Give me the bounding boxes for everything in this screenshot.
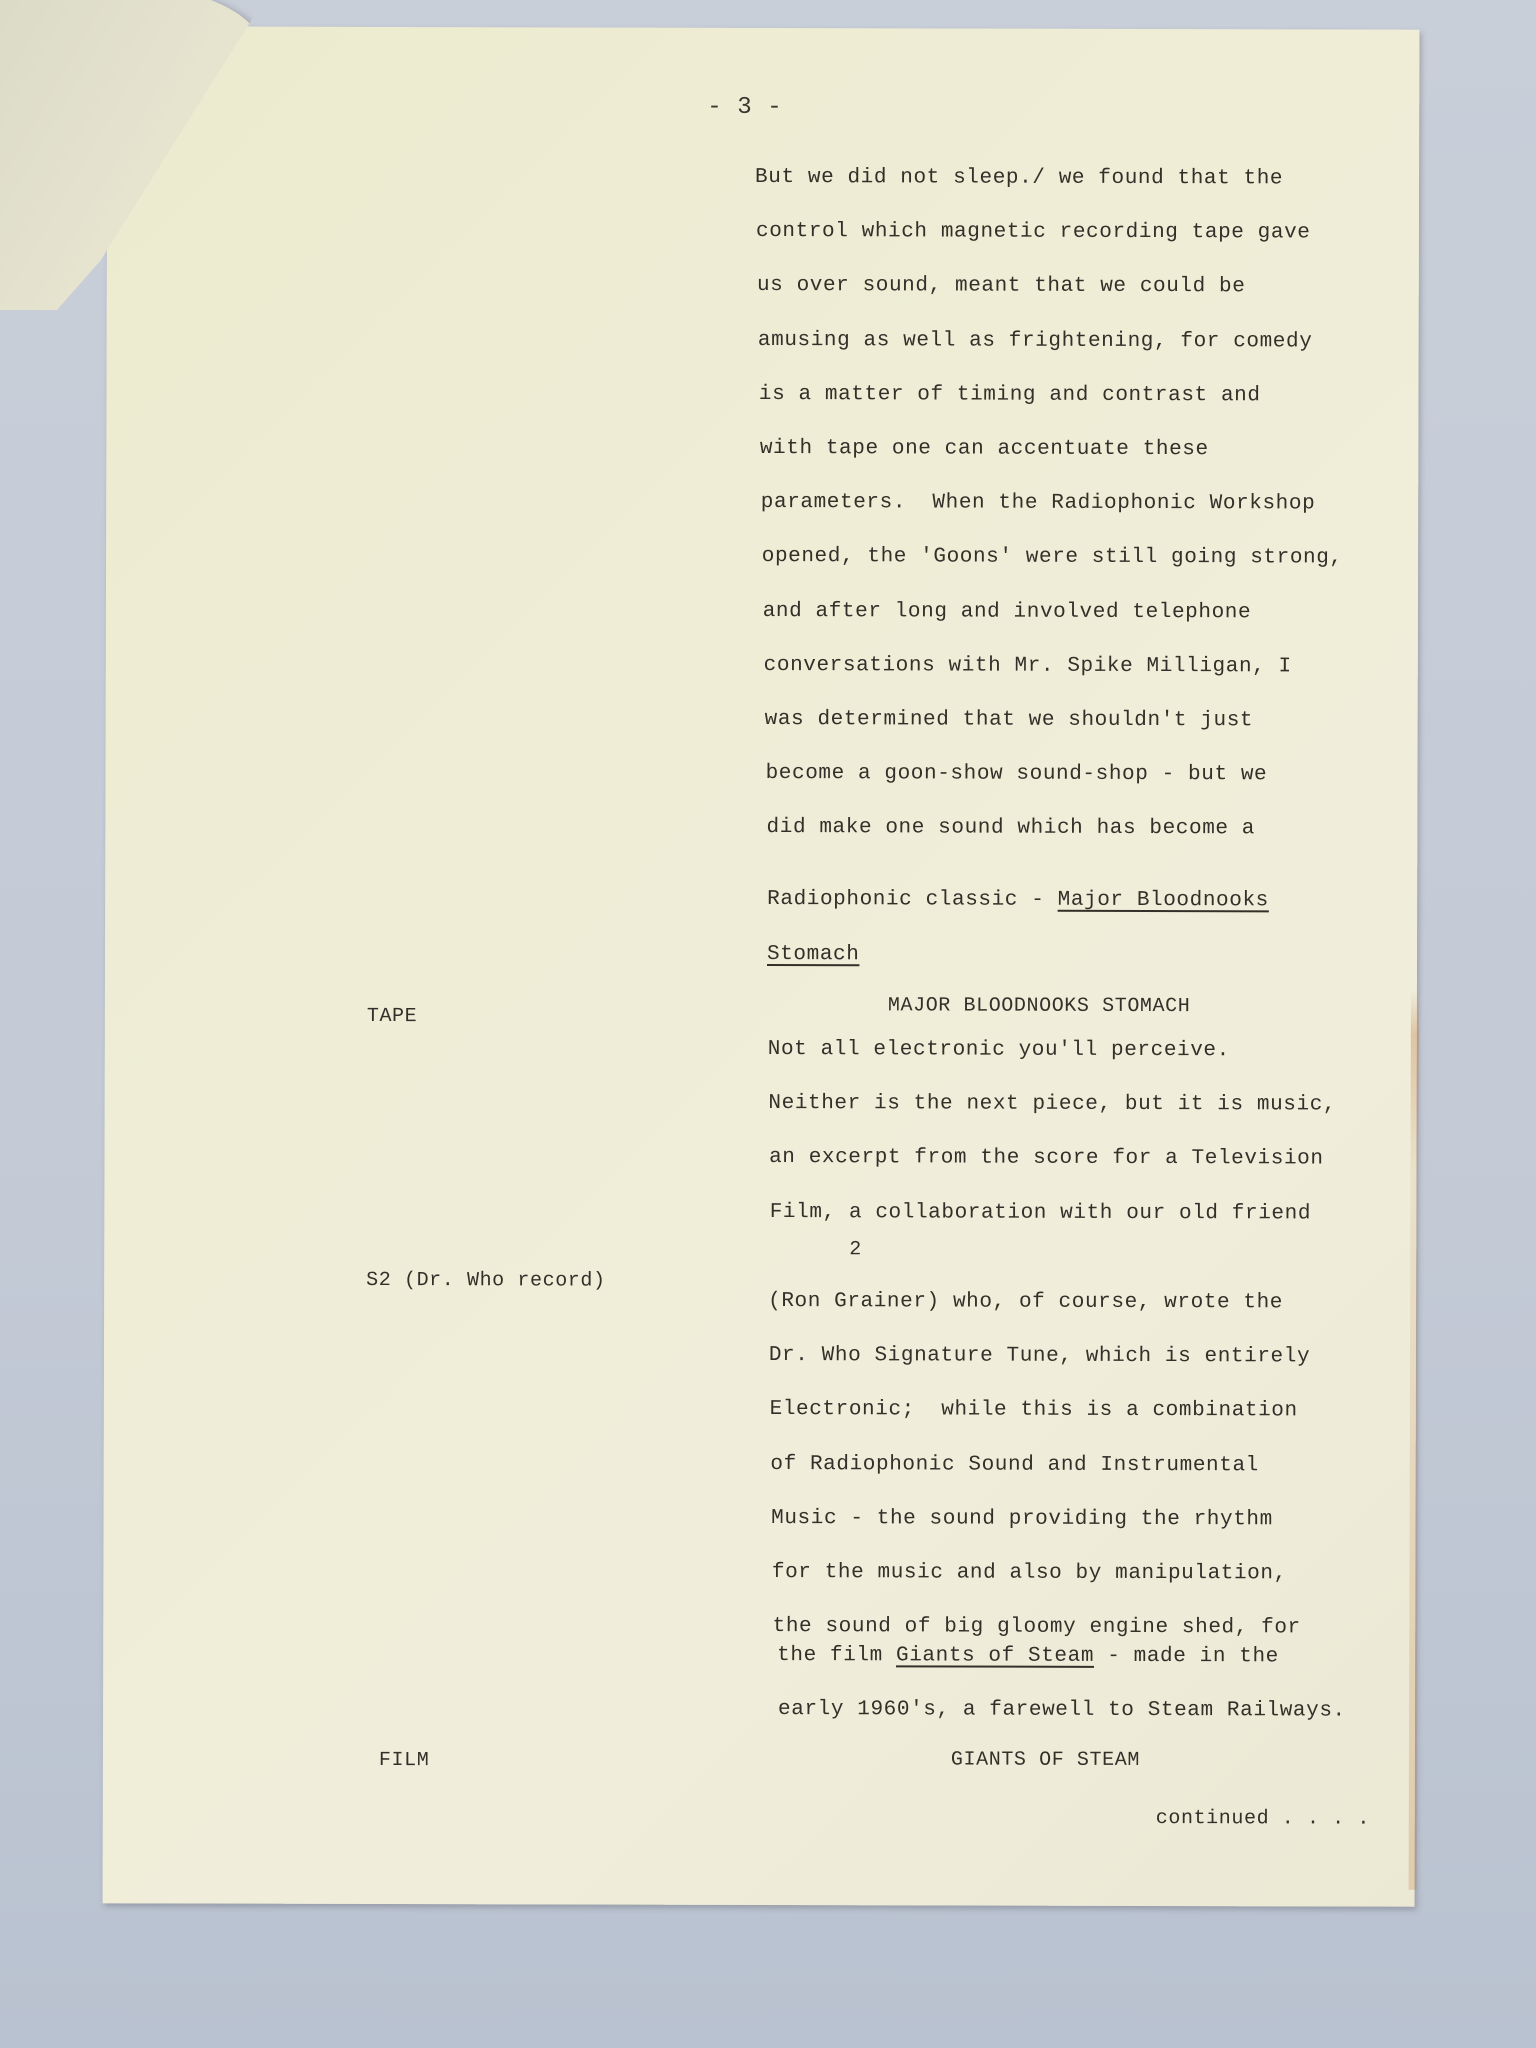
heading-major-bloodnooks-stomach: MAJOR BLOODNOOKS STOMACH — [888, 994, 1191, 1018]
body-line: (Ron Grainer) who, of course, wrote the — [768, 1290, 1283, 1314]
last-body-line: early 1960's, a farewell to Steam Railwa… — [778, 1698, 1346, 1722]
body-line: is a matter of timing and contrast and — [759, 383, 1261, 407]
film-line: the film Giants of Steam - made in the — [777, 1644, 1279, 1668]
body-line: did make one sound which has become a — [767, 816, 1256, 840]
body-line: and after long and involved telephone — [763, 600, 1252, 624]
heading-giants-of-steam: GIANTS OF STEAM — [951, 1749, 1140, 1772]
continued-note: continued . . . . — [1156, 1807, 1370, 1831]
body-line: us over sound, meant that we could be — [757, 274, 1246, 298]
body-line: parameters. When the Radiophonic Worksho… — [761, 491, 1316, 515]
classic-line-prefix: Radiophonic classic - — [767, 888, 1058, 912]
body-line: control which magnetic recording tape ga… — [756, 220, 1311, 244]
body-line: conversations with Mr. Spike Milligan, I — [764, 654, 1292, 678]
cue-s2-dr-who-record: S2 (Dr. Who record) — [366, 1269, 605, 1293]
body-line: of Radiophonic Sound and Instrumental — [770, 1453, 1259, 1477]
cue-tape: TAPE — [367, 1005, 417, 1028]
body-line: Not all electronic you'll perceive. — [768, 1038, 1230, 1062]
body-paragraph-2: Not all electronic you'll perceive.Neith… — [107, 26, 1419, 29]
body-line: become a goon-show sound-shop - but we — [766, 762, 1268, 786]
title-stomach: Stomach — [767, 943, 859, 966]
body-paragraph-1: But we did not sleep./ we found that the… — [107, 26, 1419, 29]
body-line: an excerpt from the score for a Televisi… — [769, 1146, 1324, 1170]
film-line-prefix: the film — [777, 1644, 896, 1667]
body-line: the sound of big gloomy engine shed, for — [773, 1615, 1301, 1639]
body-line: Neither is the next piece, but it is mus… — [768, 1092, 1336, 1116]
body-line: Music - the sound providing the rhythm — [771, 1507, 1273, 1531]
body-line: for the music and also by manipulation, — [772, 1561, 1287, 1585]
body-line: opened, the 'Goons' were still going str… — [762, 545, 1343, 570]
typescript-page: - 3 - But we did not sleep./ we found th… — [103, 26, 1420, 1906]
body-line: But we did not sleep./ we found that the — [755, 166, 1283, 190]
page-number: - 3 - — [707, 94, 782, 121]
body-line: Dr. Who Signature Tune, which is entirel… — [769, 1344, 1310, 1368]
title-giants-of-steam: Giants of Steam — [896, 1644, 1094, 1668]
body-line: amusing as well as frightening, for come… — [758, 329, 1313, 353]
body-line: Electronic; while this is a combination — [770, 1398, 1298, 1422]
film-line-suffix: - made in the — [1094, 1645, 1279, 1668]
body-line: was determined that we shouldn't just — [765, 708, 1254, 732]
body-line: Film, a collaboration with our old frien… — [770, 1201, 1311, 1225]
classic-line: Radiophonic classic - Major Bloodnooks — [767, 888, 1269, 912]
title-major-bloodnooks: Major Bloodnooks — [1058, 889, 1269, 913]
body-line: with tape one can accentuate these — [760, 437, 1209, 461]
cue-film: FILM — [379, 1749, 429, 1772]
footnote-marker: 2 — [849, 1238, 861, 1261]
body-paragraph-3: (Ron Grainer) who, of course, wrote theD… — [107, 26, 1419, 29]
